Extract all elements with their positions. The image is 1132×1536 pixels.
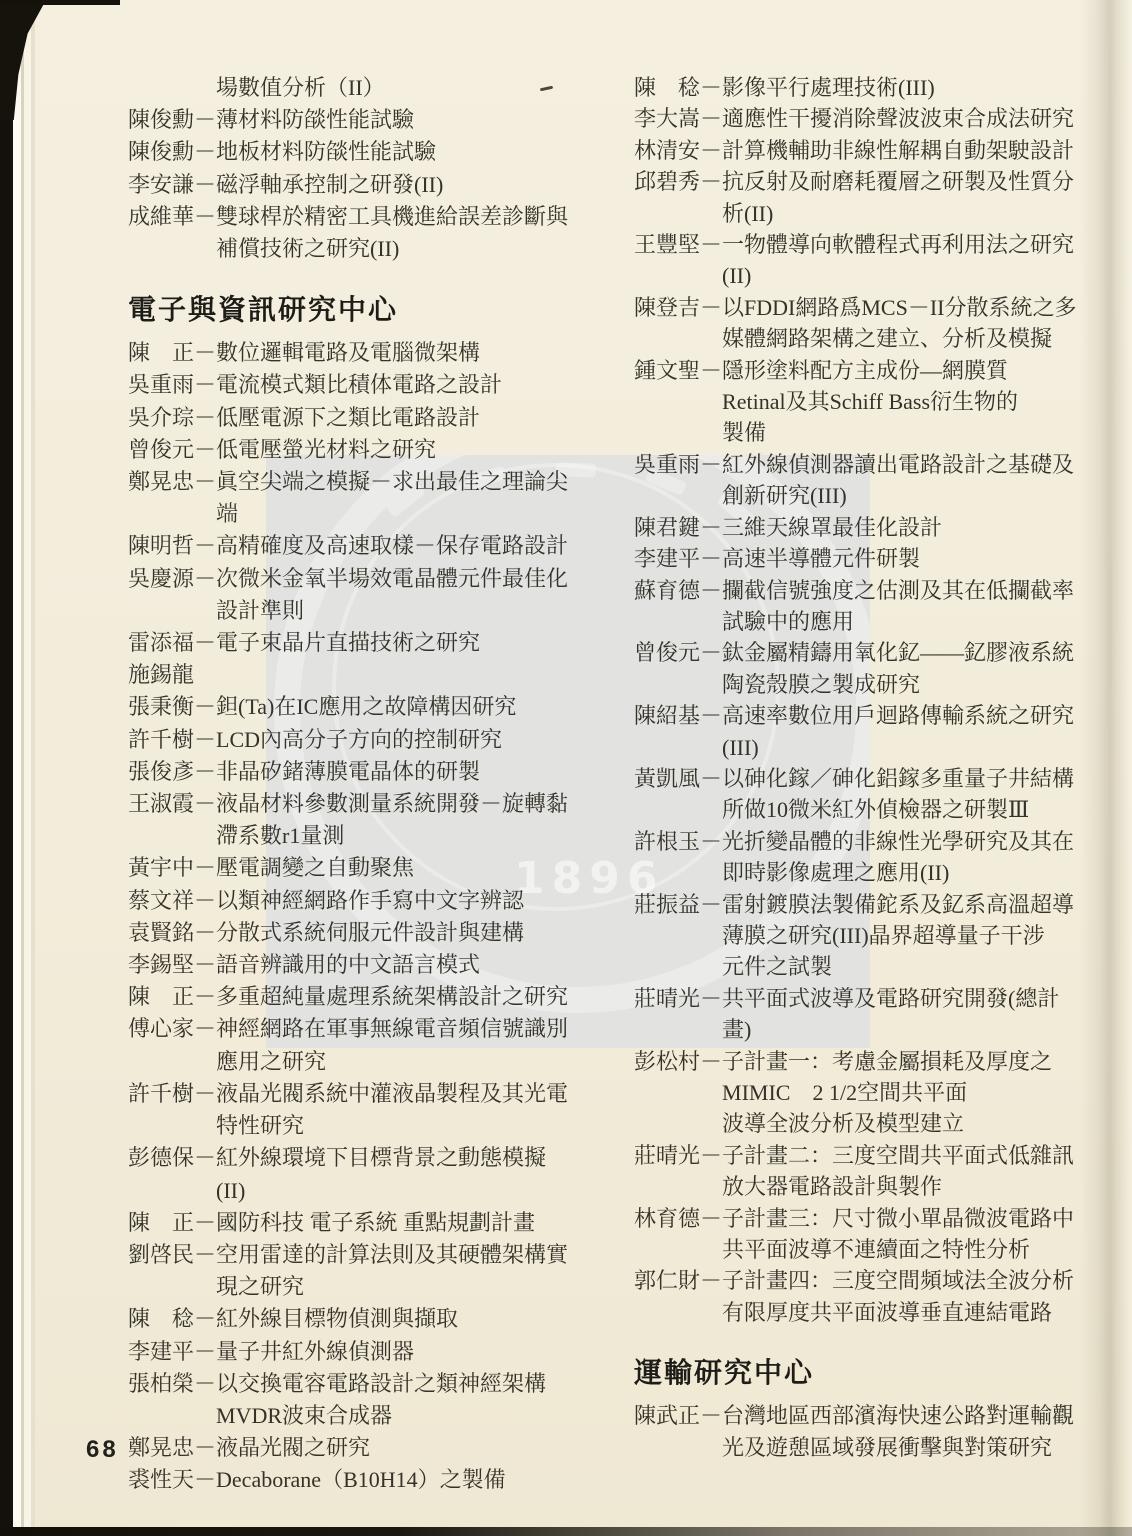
project-title: 多重超純量處理系統架構設計之研究 [216, 981, 584, 1013]
name-title-dash: － [194, 852, 216, 884]
research-entry: 陳俊勳－薄材料防燄性能試驗 [128, 104, 584, 136]
research-entry: 陳 正－數位邏輯電路及電腦微架構 [128, 337, 584, 369]
project-title-line: 高精確度及高速取樣－保存電路設計 [216, 530, 584, 562]
name-title-dash: － [700, 763, 722, 794]
name-title-dash: － [194, 1464, 216, 1496]
project-title-line: 磁浮軸承控制之研發(II) [216, 169, 584, 201]
project-title-line: MIMIC 2 1/2空間共平面 [722, 1077, 1090, 1108]
project-title-line: 鉭(Ta)在IC應用之故障構因研究 [216, 691, 584, 723]
project-title-line: 即時影像處理之應用(II) [722, 857, 1090, 888]
researcher-name: 黃宇中 [128, 852, 194, 884]
project-title: 抗反射及耐磨耗覆層之研製及性質分析(II) [722, 166, 1090, 229]
project-title-line: 共平面波導不連續面之特性分析 [722, 1234, 1090, 1265]
project-title-line: (II) [216, 1175, 584, 1207]
researcher-name: 李錫堅 [128, 949, 194, 981]
name-title-dash: － [700, 292, 722, 323]
research-entry: 許根玉－光折變晶體的非線性光學研究及其在即時影像處理之應用(II) [634, 826, 1090, 889]
research-entry: 劉啓民－空用雷達的計算法則及其硬體架構實現之研究 [128, 1239, 584, 1303]
researcher-name: 李安謙 [128, 169, 194, 201]
project-title: LCD內高分子方向的控制研究 [216, 724, 584, 756]
project-title: 子計畫一：考慮金屬損耗及厚度之MIMIC 2 1/2空間共平面波導全波分析及模型… [722, 1046, 1090, 1140]
project-title-line: 創新研究(III) [722, 480, 1090, 511]
research-entry: 陳 正－國防科技 電子系統 重點規劃計畫 [128, 1207, 584, 1239]
researcher-name: 陳君鍵 [634, 512, 700, 543]
research-entry: 陳 正－多重超純量處理系統架構設計之研究 [128, 981, 584, 1013]
project-title: 影像平行處理技術(III) [722, 72, 1090, 103]
research-entry: 吳慶源－次微米金氧半場效電晶體元件最佳化設計準則 [128, 563, 584, 627]
name-title-dash: － [194, 530, 216, 562]
research-entry: 陳 稔－紅外線目標物偵測與擷取 [128, 1303, 584, 1335]
research-entry: 李建平－量子井紅外線偵測器 [128, 1336, 584, 1368]
researcher-name: 傅心家 [128, 1013, 194, 1045]
project-title-line: 眞空尖端之模擬－求出最佳之理論尖 [216, 466, 584, 498]
project-title: 子計畫三：尺寸微小單晶微波電路中共平面波導不連續面之特性分析 [722, 1203, 1090, 1266]
project-title-line: Decaborane（B10H14）之製備 [216, 1464, 584, 1496]
research-entry: 陳君鍵－三維天線罩最佳化設計 [634, 512, 1090, 543]
project-title: 計算機輔助非線性解耦自動架駛設計 [722, 135, 1090, 166]
project-title: 量子井紅外線偵測器 [216, 1336, 584, 1368]
project-title-line: Retinal及其Schiff Bass衍生物的 [722, 386, 1090, 417]
name-title-dash: － [194, 466, 216, 498]
researcher-name: 許千樹 [128, 724, 194, 756]
researcher-name: 陳武正 [634, 1400, 700, 1431]
researcher-name: 劉啓民 [128, 1239, 194, 1271]
researcher-name: 李建平 [634, 543, 700, 574]
research-entry: 陳明哲－高精確度及高速取樣－保存電路設計 [128, 530, 584, 562]
project-title: 磁浮軸承控制之研發(II) [216, 169, 584, 201]
researcher-name: 王豐堅 [634, 229, 700, 260]
researcher-name: 莊振益 [634, 889, 700, 920]
researcher-name: 張秉衡 [128, 691, 194, 723]
project-title-line: 製備 [722, 417, 1090, 448]
project-title: 隱形塗料配方主成份—網膜質Retinal及其Schiff Bass衍生物的製備 [722, 355, 1090, 449]
research-entry: 林育德－子計畫三：尺寸微小單晶微波電路中共平面波導不連續面之特性分析 [634, 1203, 1090, 1266]
name-title-dash: － [194, 1432, 216, 1464]
project-title-line: 低電壓螢光材料之研究 [216, 434, 584, 466]
researcher-name: 蔡文祥 [128, 885, 194, 917]
researcher-name: 成維華 [128, 201, 194, 233]
project-title-line: 以FDDI網路爲MCS－II分散系統之多 [722, 292, 1090, 323]
project-title-line: 液晶材料參數測量系統開發－旋轉黏 [216, 788, 584, 820]
project-title: 非晶矽鍺薄膜電晶体的研製 [216, 756, 584, 788]
research-entry: 李安謙－磁浮軸承控制之研發(II) [128, 169, 584, 201]
project-title-line: 語音辨識用的中文語言模式 [216, 949, 584, 981]
name-title-dash: － [700, 983, 722, 1014]
project-title: 以FDDI網路爲MCS－II分散系統之多媒體網路架構之建立、分析及模擬 [722, 292, 1090, 355]
project-title-line: 光及遊憩區域發展衝擊與對策研究 [722, 1432, 1090, 1463]
name-title-dash: － [194, 885, 216, 917]
project-title: 低壓電源下之類比電路設計 [216, 402, 584, 434]
project-title-line: 一物體導向軟體程式再利用法之研究 [722, 229, 1090, 260]
project-title-line: 子計畫四：三度空間頻域法全波分析 [722, 1265, 1090, 1296]
name-title-dash: － [194, 201, 216, 233]
research-entry: 傅心家－神經網路在軍事無線電音頻信號識別應用之研究 [128, 1013, 584, 1077]
project-title: 共平面式波導及電路研究開發(總計畫) [722, 983, 1090, 1046]
research-entry: 吳介琮－低壓電源下之類比電路設計 [128, 402, 584, 434]
researcher-name: 陳 稔 [128, 1303, 194, 1335]
page-edge-strip [24, 0, 31, 1536]
research-entry: 施錫龍－ [128, 659, 584, 691]
researcher-name: 鄭晃忠 [128, 466, 194, 498]
project-title-line: 紅外線目標物偵測與擷取 [216, 1303, 584, 1335]
project-title-line: 媒體網路架構之建立、分析及模擬 [722, 323, 1090, 354]
researcher-name: 李大嵩 [634, 103, 700, 134]
project-title-line: (II) [722, 260, 1090, 291]
section-heading: 電子與資訊研究中心 [128, 291, 584, 329]
name-title-dash: － [700, 229, 722, 260]
project-title: 子計畫四：三度空間頻域法全波分析有限厚度共平面波導垂直連結電路 [722, 1265, 1090, 1328]
researcher-name: 邱碧秀 [634, 166, 700, 197]
project-title: 高精確度及高速取樣－保存電路設計 [216, 530, 584, 562]
name-title-dash: － [194, 1336, 216, 1368]
name-title-dash: － [700, 72, 722, 103]
research-entry: 李錫堅－語音辨識用的中文語言模式 [128, 949, 584, 981]
researcher-name: 莊晴光 [634, 1140, 700, 1171]
project-title: 數位邏輯電路及電腦微架構 [216, 337, 584, 369]
project-title-line: 子計畫一：考慮金屬損耗及厚度之 [722, 1046, 1090, 1077]
research-entry: 郭仁財－子計畫四：三度空間頻域法全波分析有限厚度共平面波導垂直連結電路 [634, 1265, 1090, 1328]
research-entry: 林清安－計算機輔助非線性解耦自動架駛設計 [634, 135, 1090, 166]
project-title-line: 抗反射及耐磨耗覆層之研製及性質分 [722, 166, 1090, 197]
name-title-dash: － [194, 627, 216, 659]
scan-top-shadow [0, 0, 120, 5]
project-title: 雷射鍍膜法製備鉈系及釔系高溫超導薄膜之研究(III)晶界超導量子干涉元件之試製 [722, 889, 1090, 983]
research-entry: 陳俊勳－地板材料防燄性能試驗 [128, 136, 584, 168]
project-title-line: 台灣地區西部濱海快速公路對運輸觀 [722, 1400, 1090, 1431]
research-entry: 吳重雨－電流模式類比積体電路之設計 [128, 369, 584, 401]
name-title-dash: － [700, 1265, 722, 1296]
name-title-dash: － [700, 103, 722, 134]
project-title: 液晶材料參數測量系統開發－旋轉黏滯系數r1量測 [216, 788, 584, 852]
research-entry: 陳武正－台灣地區西部濱海快速公路對運輸觀光及遊憩區域發展衝擊與對策研究 [634, 1400, 1090, 1463]
project-title: 子計畫二：三度空間共平面式低雜訊放大器電路設計與製作 [722, 1140, 1090, 1203]
researcher-name: 彭松村 [634, 1046, 700, 1077]
name-title-dash: － [700, 135, 722, 166]
project-title: 神經網路在軍事無線電音頻信號識別應用之研究 [216, 1013, 584, 1077]
project-title-line: 所做10微米紅外偵檢器之研製Ⅲ [722, 794, 1090, 825]
project-title: 台灣地區西部濱海快速公路對運輸觀光及遊憩區域發展衝擊與對策研究 [722, 1400, 1090, 1463]
project-title-line: 地板材料防燄性能試驗 [216, 136, 584, 168]
project-title: 國防科技 電子系統 重點規劃計畫 [216, 1207, 584, 1239]
research-entry: 成維華－雙球桿於精密工具機進給誤差診斷與補償技術之研究(II) [128, 201, 584, 265]
researcher-name: 曾俊元 [634, 637, 700, 668]
project-title-line: 鈦金屬精鑄用氧化釔——釔膠液系統 [722, 637, 1090, 668]
research-entry: 張俊彥－非晶矽鍺薄膜電晶体的研製 [128, 756, 584, 788]
research-entry: 吳重雨－紅外線偵測器讀出電路設計之基礎及創新研究(III) [634, 449, 1090, 512]
research-entry: 李建平－高速半導體元件研製 [634, 543, 1090, 574]
project-title-line: (III) [722, 732, 1090, 763]
project-title: 次微米金氧半場效電晶體元件最佳化設計準則 [216, 563, 584, 627]
project-title-line: 子計畫三：尺寸微小單晶微波電路中 [722, 1203, 1090, 1234]
project-title: 場數值分析（II） [216, 72, 584, 104]
research-entry: 黃宇中－壓電調變之自動聚焦 [128, 852, 584, 884]
project-title-line: 低壓電源下之類比電路設計 [216, 402, 584, 434]
name-title-dash: － [194, 724, 216, 756]
research-entry: 陳 稔－影像平行處理技術(III) [634, 72, 1090, 103]
project-title: 一物體導向軟體程式再利用法之研究(II) [722, 229, 1090, 292]
project-title-line: 液晶光閥系統中灌液晶製程及其光電 [216, 1078, 584, 1110]
project-title: 高速半導體元件研製 [722, 543, 1090, 574]
researcher-name: 王淑霞 [128, 788, 194, 820]
project-title: 以類神經網路作手寫中文字辨認 [216, 885, 584, 917]
research-entry: 鍾文聖－隱形塗料配方主成份—網膜質Retinal及其Schiff Bass衍生物… [634, 355, 1090, 449]
researcher-name: 許千樹 [128, 1078, 194, 1110]
research-entry: 雷添福－電子束晶片直描技術之研究 [128, 627, 584, 659]
project-title: 紅外線目標物偵測與擷取 [216, 1303, 584, 1335]
name-title-dash: － [700, 1046, 722, 1077]
project-title-line: 壓電調變之自動聚焦 [216, 852, 584, 884]
research-entry: 莊晴光－共平面式波導及電路研究開發(總計畫) [634, 983, 1090, 1046]
research-entry: 鄭晃忠－液晶光閥之研究 [128, 1432, 584, 1464]
name-title-dash: － [194, 337, 216, 369]
researcher-name: 陳登吉 [634, 292, 700, 323]
project-title-line: 電子束晶片直描技術之研究 [216, 627, 584, 659]
researcher-name: 郭仁財 [634, 1265, 700, 1296]
researcher-name: 彭德保 [128, 1142, 194, 1174]
researcher-name: 蘇育德 [634, 575, 700, 606]
name-title-dash: － [700, 355, 722, 386]
project-title-line: 多重超純量處理系統架構設計之研究 [216, 981, 584, 1013]
name-title-dash: － [700, 449, 722, 480]
name-title-dash: － [194, 402, 216, 434]
name-title-dash: － [700, 889, 722, 920]
project-title: 以砷化鎵／砷化鋁鎵多重量子井結構所做10微米紅外偵檢器之研製Ⅲ [722, 763, 1090, 826]
name-title-dash: － [194, 1368, 216, 1400]
research-entry: 鄭晃忠－眞空尖端之模擬－求出最佳之理論尖端 [128, 466, 584, 530]
project-title: 電流模式類比積体電路之設計 [216, 369, 584, 401]
research-entry: 曾俊元－低電壓螢光材料之研究 [128, 434, 584, 466]
name-title-dash: － [194, 788, 216, 820]
project-title-line: 液晶光閥之研究 [216, 1432, 584, 1464]
project-title-line: 紅外線偵測器讀出電路設計之基礎及 [722, 449, 1090, 480]
research-entry: 蔡文祥－以類神經網路作手寫中文字辨認 [128, 885, 584, 917]
project-title: 攔截信號強度之估測及其在低攔截率試驗中的應用 [722, 575, 1090, 638]
researcher-name: 張柏榮 [128, 1368, 194, 1400]
project-title: 空用雷達的計算法則及其硬體架構實現之研究 [216, 1239, 584, 1303]
name-title-dash: － [194, 563, 216, 595]
project-title: 紅外線偵測器讀出電路設計之基礎及創新研究(III) [722, 449, 1090, 512]
name-title-dash: － [194, 756, 216, 788]
project-title-line: 特性研究 [216, 1110, 584, 1142]
researcher-name: 莊晴光 [634, 983, 700, 1014]
research-entry: 莊振益－雷射鍍膜法製備鉈系及釔系高溫超導薄膜之研究(III)晶界超導量子干涉元件… [634, 889, 1090, 983]
research-entry: 邱碧秀－抗反射及耐磨耗覆層之研製及性質分析(II) [634, 166, 1090, 229]
project-title-line: 攔截信號強度之估測及其在低攔截率 [722, 575, 1090, 606]
project-title-line: 陶瓷殼膜之製成研究 [722, 669, 1090, 700]
researcher-name: 林清安 [634, 135, 700, 166]
scan-bottom-shadow [0, 1527, 1132, 1536]
project-title-line: 非晶矽鍺薄膜電晶体的研製 [216, 756, 584, 788]
project-title: 鈦金屬精鑄用氧化釔——釔膠液系統陶瓷殼膜之製成研究 [722, 637, 1090, 700]
right-text-column: 陳 稔－影像平行處理技術(III)李大嵩－適應性干擾消除聲波波束合成法研究林清安… [634, 72, 1090, 1463]
research-entry: 張柏榮－以交換電容電路設計之類神經架構MVDR波束合成器 [128, 1368, 584, 1432]
research-entry: 陳紹基－高速率數位用戶迴路傳輸系統之研究(III) [634, 700, 1090, 763]
page-edge-strip [31, 0, 35, 1536]
researcher-name: 林育德 [634, 1203, 700, 1234]
project-title: 紅外線環境下目標背景之動態模擬(II) [216, 1142, 584, 1206]
project-title-line: 子計畫二：三度空間共平面式低雜訊 [722, 1140, 1090, 1171]
project-title-line: 試驗中的應用 [722, 606, 1090, 637]
name-title-dash: － [194, 1303, 216, 1335]
name-title-dash: － [700, 575, 722, 606]
researcher-name: 吳重雨 [128, 369, 194, 401]
name-title-dash: － [194, 1013, 216, 1045]
researcher-name: 施錫龍 [128, 659, 194, 691]
project-title: 地板材料防燄性能試驗 [216, 136, 584, 168]
project-title-line: 以交換電容電路設計之類神經架構 [216, 1368, 584, 1400]
project-title-line: 雙球桿於精密工具機進給誤差診斷與 [216, 201, 584, 233]
project-title: 低電壓螢光材料之研究 [216, 434, 584, 466]
project-title: 液晶光閥系統中灌液晶製程及其光電特性研究 [216, 1078, 584, 1142]
research-entry: 許千樹－液晶光閥系統中灌液晶製程及其光電特性研究 [128, 1078, 584, 1142]
name-title-dash: － [194, 917, 216, 949]
project-title-line: 以類神經網路作手寫中文字辨認 [216, 885, 584, 917]
section-heading: 運輸研究中心 [634, 1354, 1090, 1392]
researcher-name: 許根玉 [634, 826, 700, 857]
project-title: 適應性干擾消除聲波波束合成法研究 [722, 103, 1090, 134]
project-title-line: 雷射鍍膜法製備鉈系及釔系高溫超導 [722, 889, 1090, 920]
project-title-line: 滯系數r1量測 [216, 820, 584, 852]
name-title-dash: － [194, 1207, 216, 1239]
research-entry: 王淑霞－液晶材料參數測量系統開發－旋轉黏滯系數r1量測 [128, 788, 584, 852]
project-title: 三維天線罩最佳化設計 [722, 512, 1090, 543]
researcher-name: 吳慶源 [128, 563, 194, 595]
name-title-dash: － [700, 512, 722, 543]
project-title-line: 設計準則 [216, 595, 584, 627]
project-title-line: 光折變晶體的非線性光學研究及其在 [722, 826, 1090, 857]
project-title: 鉭(Ta)在IC應用之故障構因研究 [216, 691, 584, 723]
project-title-line: 端 [216, 498, 584, 530]
researcher-name: 陳 正 [128, 1207, 194, 1239]
project-title-line: 現之研究 [216, 1271, 584, 1303]
project-title-line: 量子井紅外線偵測器 [216, 1336, 584, 1368]
project-title-line: 高速率數位用戶迴路傳輸系統之研究 [722, 700, 1090, 731]
left-text-column: －場數值分析（II）陳俊勳－薄材料防燄性能試驗陳俊勳－地板材料防燄性能試驗李安謙… [128, 72, 584, 1497]
name-title-dash: － [700, 166, 722, 197]
name-title-dash: － [194, 1078, 216, 1110]
researcher-name: 陳 稔 [634, 72, 700, 103]
project-title-line: 紅外線環境下目標背景之動態模擬 [216, 1142, 584, 1174]
research-entry: 袁賢銘－分散式系統伺服元件設計與建構 [128, 917, 584, 949]
project-title: Decaborane（B10H14）之製備 [216, 1464, 584, 1496]
project-title-line: 薄材料防燄性能試驗 [216, 104, 584, 136]
project-title-line: 補償技術之研究(II) [216, 233, 584, 265]
name-title-dash: － [700, 826, 722, 857]
project-title: 眞空尖端之模擬－求出最佳之理論尖端 [216, 466, 584, 530]
research-entry: 曾俊元－鈦金屬精鑄用氧化釔——釔膠液系統陶瓷殼膜之製成研究 [634, 637, 1090, 700]
project-title: 壓電調變之自動聚焦 [216, 852, 584, 884]
research-entry: 彭松村－子計畫一：考慮金屬損耗及厚度之MIMIC 2 1/2空間共平面波導全波分… [634, 1046, 1090, 1140]
project-title: 以交換電容電路設計之類神經架構MVDR波束合成器 [216, 1368, 584, 1432]
name-title-dash: － [194, 434, 216, 466]
project-title-line: 分散式系統伺服元件設計與建構 [216, 917, 584, 949]
project-title: 分散式系統伺服元件設計與建構 [216, 917, 584, 949]
name-title-dash: － [194, 369, 216, 401]
name-title-dash: － [700, 1140, 722, 1171]
name-title-dash: － [700, 700, 722, 731]
project-title-line: 放大器電路設計與製作 [722, 1171, 1090, 1202]
project-title-line: 共平面式波導及電路研究開發(總計 [722, 983, 1090, 1014]
book-spine [0, 0, 13, 1536]
research-entry: 李大嵩－適應性干擾消除聲波波束合成法研究 [634, 103, 1090, 134]
project-title-line: 神經網路在軍事無線電音頻信號識別 [216, 1013, 584, 1045]
project-title-line: 場數值分析（II） [216, 72, 584, 104]
name-title-dash: － [194, 136, 216, 168]
researcher-name: 陳明哲 [128, 530, 194, 562]
researcher-name: 鄭晃忠 [128, 1432, 194, 1464]
research-entry: 許千樹－LCD內高分子方向的控制研究 [128, 724, 584, 756]
name-title-dash: － [194, 691, 216, 723]
research-entry: 王豐堅－一物體導向軟體程式再利用法之研究(II) [634, 229, 1090, 292]
project-title-line: 國防科技 電子系統 重點規劃計畫 [216, 1207, 584, 1239]
name-title-dash: － [194, 169, 216, 201]
project-title: 語音辨識用的中文語言模式 [216, 949, 584, 981]
project-title-line: 適應性干擾消除聲波波束合成法研究 [722, 103, 1090, 134]
scanned-book-page: 1896 －場數值分析（II）陳俊勳－薄材料防燄性能試驗陳俊勳－地板材料防燄性能… [0, 0, 1132, 1536]
project-title-line: 數位邏輯電路及電腦微架構 [216, 337, 584, 369]
project-title-line: 次微米金氧半場效電晶體元件最佳化 [216, 563, 584, 595]
research-entry: 陳登吉－以FDDI網路爲MCS－II分散系統之多媒體網路架構之建立、分析及模擬 [634, 292, 1090, 355]
name-title-dash: － [194, 1239, 216, 1271]
name-title-dash: － [194, 104, 216, 136]
researcher-name: 吳介琮 [128, 402, 194, 434]
researcher-name: 陳 正 [128, 981, 194, 1013]
researcher-name: 吳重雨 [634, 449, 700, 480]
researcher-name: 鍾文聖 [634, 355, 700, 386]
name-title-dash: － [700, 637, 722, 668]
research-entry: 裘性天－Decaborane（B10H14）之製備 [128, 1464, 584, 1496]
project-title-line: LCD內高分子方向的控制研究 [216, 724, 584, 756]
project-title: 電子束晶片直描技術之研究 [216, 627, 584, 659]
project-title: 高速率數位用戶迴路傳輸系統之研究(III) [722, 700, 1090, 763]
research-entry: 黃凱風－以砷化鎵／砷化鋁鎵多重量子井結構所做10微米紅外偵檢器之研製Ⅲ [634, 763, 1090, 826]
project-title-line: 有限厚度共平面波導垂直連結電路 [722, 1297, 1090, 1328]
research-entry: 張秉衡－鉭(Ta)在IC應用之故障構因研究 [128, 691, 584, 723]
researcher-name: 陳紹基 [634, 700, 700, 731]
researcher-name: 黃凱風 [634, 763, 700, 794]
research-entry: －場數值分析（II） [128, 72, 584, 104]
project-title-line: 應用之研究 [216, 1046, 584, 1078]
page-number: 68 [86, 1436, 119, 1464]
name-title-dash: － [194, 1142, 216, 1174]
project-title-line: 隱形塗料配方主成份—網膜質 [722, 355, 1090, 386]
project-title-line: 薄膜之研究(III)晶界超導量子干涉 [722, 920, 1090, 951]
researcher-name: 袁賢銘 [128, 917, 194, 949]
project-title: 光折變晶體的非線性光學研究及其在即時影像處理之應用(II) [722, 826, 1090, 889]
researcher-name: 陳俊勳 [128, 136, 194, 168]
project-title-line: 影像平行處理技術(III) [722, 72, 1090, 103]
project-title-line: 波導全波分析及模型建立 [722, 1108, 1090, 1139]
project-title-line: 高速半導體元件研製 [722, 543, 1090, 574]
project-title: 液晶光閥之研究 [216, 1432, 584, 1464]
project-title-line: 以砷化鎵／砷化鋁鎵多重量子井結構 [722, 763, 1090, 794]
project-title-line: 計算機輔助非線性解耦自動架駛設計 [722, 135, 1090, 166]
research-entry: 彭德保－紅外線環境下目標背景之動態模擬(II) [128, 1142, 584, 1206]
name-title-dash: － [700, 543, 722, 574]
researcher-name: 裘性天 [128, 1464, 194, 1496]
project-title-line: 畫) [722, 1014, 1090, 1045]
researcher-name: 陳俊勳 [128, 104, 194, 136]
researcher-name: 張俊彥 [128, 756, 194, 788]
name-title-dash: － [700, 1400, 722, 1431]
name-title-dash: － [700, 1203, 722, 1234]
project-title-line: 析(II) [722, 198, 1090, 229]
project-title-line: 三維天線罩最佳化設計 [722, 512, 1090, 543]
researcher-name: 李建平 [128, 1336, 194, 1368]
name-title-dash: － [194, 949, 216, 981]
name-title-dash: － [194, 981, 216, 1013]
project-title: 薄材料防燄性能試驗 [216, 104, 584, 136]
